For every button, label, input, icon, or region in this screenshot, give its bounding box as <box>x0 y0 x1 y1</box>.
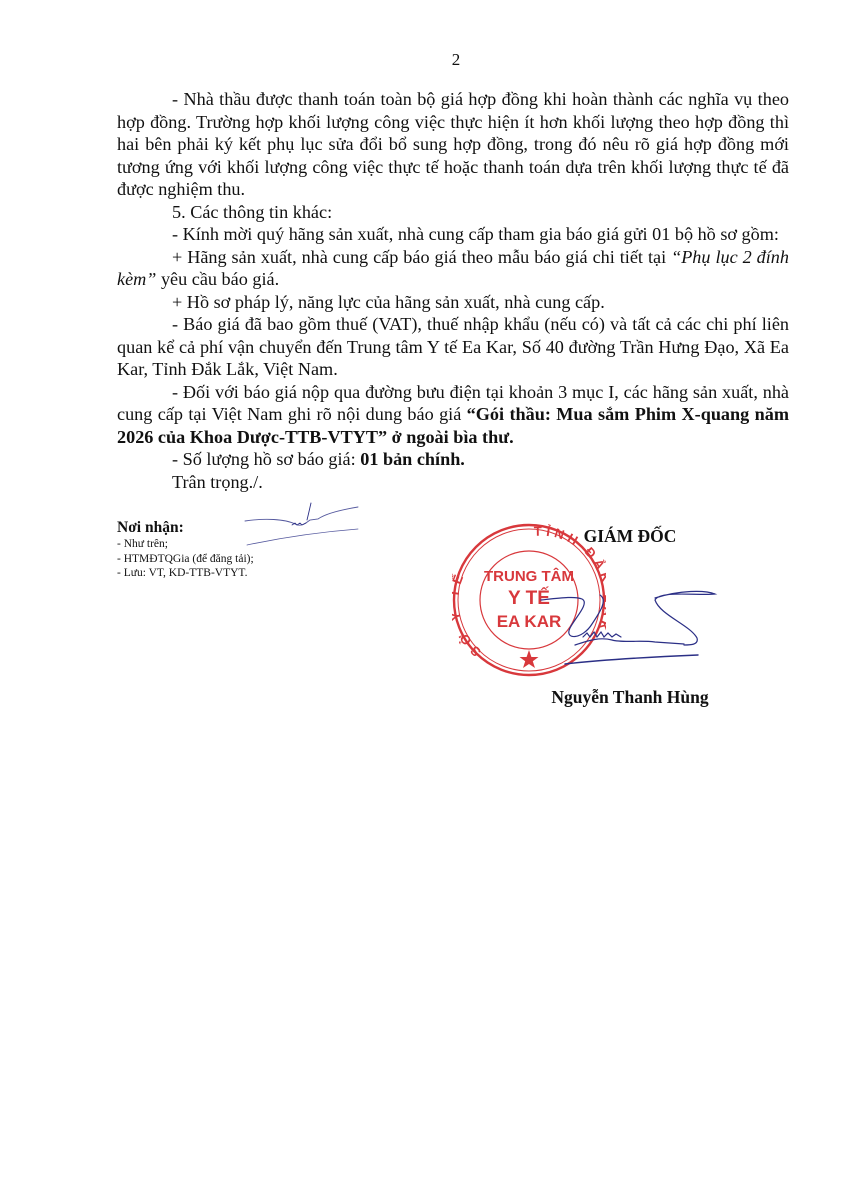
recipients-block: Nơi nhận: - Như trên; - HTMĐTQGia (để đă… <box>117 518 254 581</box>
paragraph-invitation: - Kính mời quý hãng sản xuất, nhà cung c… <box>117 223 789 246</box>
copies-count: 01 bản chính. <box>360 449 465 469</box>
paragraph-section-5-heading: 5. Các thông tin khác: <box>117 201 789 224</box>
stamp-center-line: TRUNG TÂM <box>484 567 574 585</box>
text-run: - Nhà thầu được thanh toán toàn bộ giá h… <box>117 89 789 199</box>
paragraph-quote-template: + Hãng sản xuất, nhà cung cấp báo giá th… <box>117 246 789 291</box>
paragraph-postal-submission: - Đối với báo giá nộp qua đường bưu điện… <box>117 381 789 449</box>
text-run: - Báo giá đã bao gồm thuế (VAT), thuế nh… <box>117 314 789 379</box>
stamp-center-line: Y TẾ <box>508 587 550 609</box>
recipient-item: - HTMĐTQGia (để đăng tải); <box>117 552 254 567</box>
stamp-center-line: EA KAR <box>497 612 562 631</box>
text-run: + Hồ sơ pháp lý, năng lực của hãng sản x… <box>172 292 605 312</box>
text-run: - Số lượng hồ sơ báo giá: <box>172 449 360 469</box>
paragraph-payment: - Nhà thầu được thanh toán toàn bộ giá h… <box>117 88 789 201</box>
stamp-ring-left: SỞ Y TẾ <box>452 568 484 660</box>
document-body: - Nhà thầu được thanh toán toàn bộ giá h… <box>117 88 789 493</box>
star-icon <box>520 650 539 668</box>
recipients-title: Nơi nhận: <box>117 518 254 537</box>
text-run: Trân trọng./. <box>172 472 263 492</box>
paragraph-legal-docs: + Hồ sơ pháp lý, năng lực của hãng sản x… <box>117 291 789 314</box>
recipient-item: - Lưu: VT, KD-TTB-VTYT. <box>117 566 254 581</box>
recipient-item: - Như trên; <box>117 537 254 552</box>
text-run: + Hãng sản xuất, nhà cung cấp báo giá th… <box>172 247 671 267</box>
closing-regards: Trân trọng./. <box>117 471 789 494</box>
page-number: 2 <box>0 50 849 70</box>
paragraph-tax-note: - Báo giá đã bao gồm thuế (VAT), thuế nh… <box>117 313 789 381</box>
text-run: - Kính mời quý hãng sản xuất, nhà cung c… <box>172 224 779 244</box>
text-run: yêu cầu báo giá. <box>156 269 279 289</box>
text-run: 5. Các thông tin khác: <box>172 202 332 222</box>
paragraph-copies: - Số lượng hồ sơ báo giá: 01 bản chính. <box>117 448 789 471</box>
signer-position: GIÁM ĐỐC <box>520 526 740 547</box>
signer-name: Nguyễn Thanh Hùng <box>520 687 740 708</box>
